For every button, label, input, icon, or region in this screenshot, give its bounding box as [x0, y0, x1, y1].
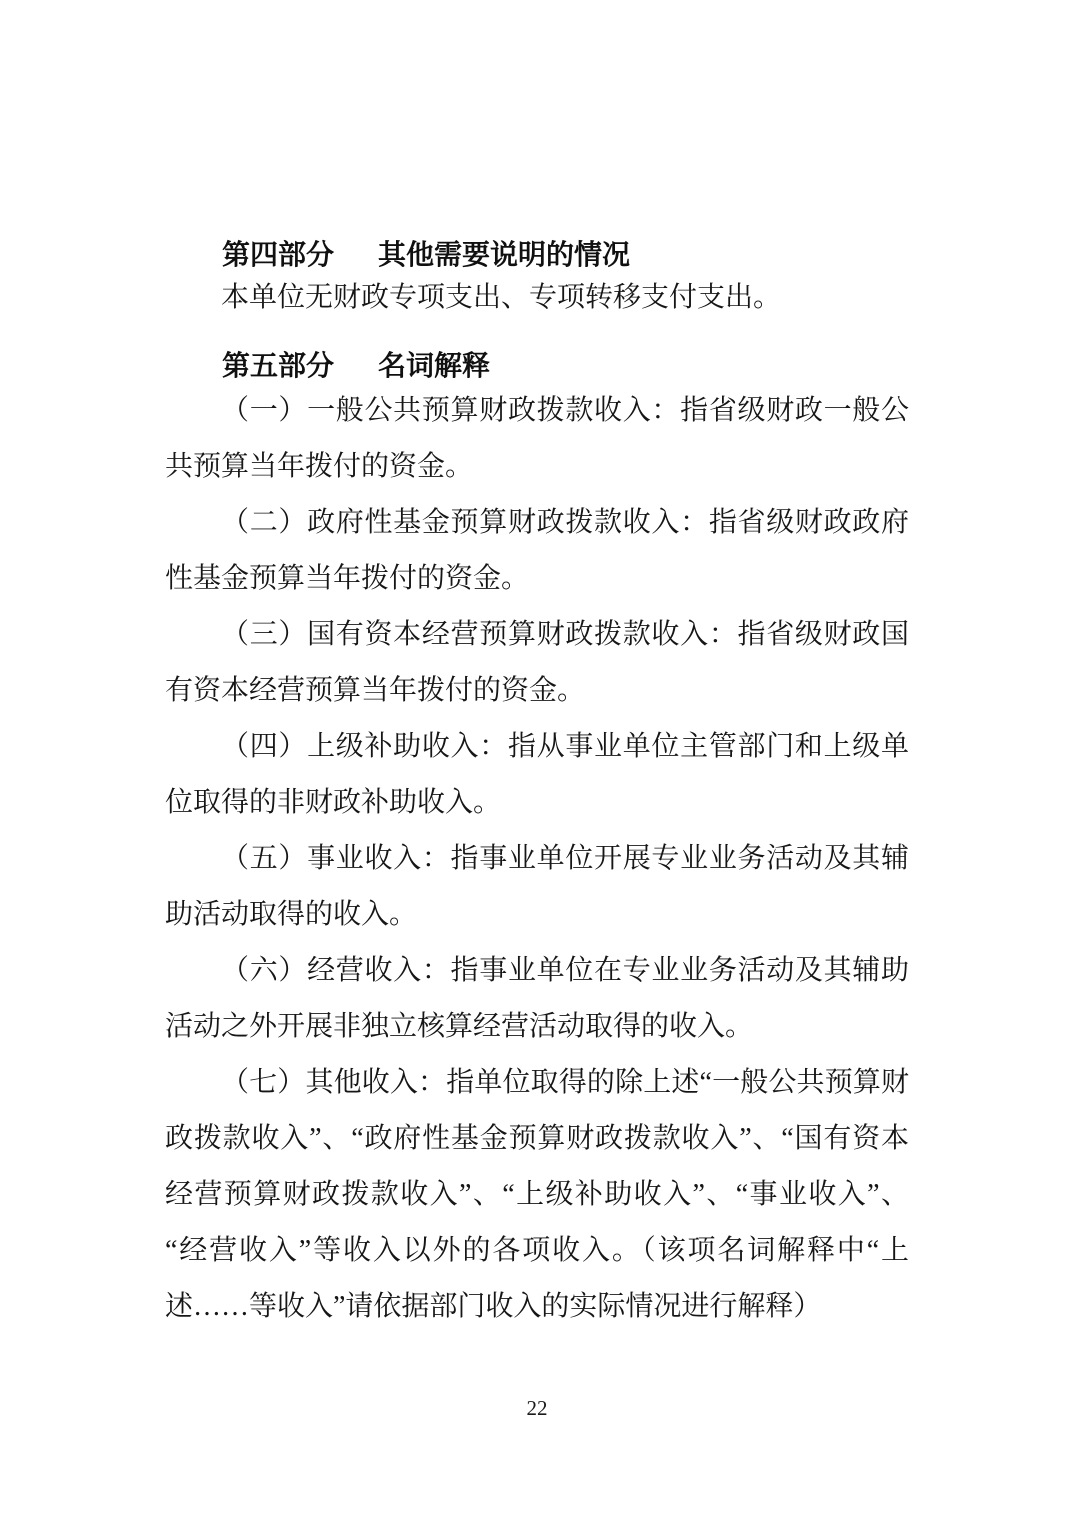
page-content: 第四部分 其他需要说明的情况 本单位无财政专项支出、专项转移支付支出。 第五部分…: [165, 238, 909, 1335]
section-heading-part-four: 第四部分 其他需要说明的情况: [165, 238, 909, 272]
section-heading-part-five: 第五部分 名词解释: [165, 349, 909, 383]
section-title: 名词解释: [378, 349, 490, 383]
definition-paragraph-4: （四）上级补助收入：指从事业单位主管部门和上级单位取得的非财政补助收入。: [165, 719, 909, 831]
document-page: 第四部分 其他需要说明的情况 本单位无财政专项支出、专项转移支付支出。 第五部分…: [0, 0, 1074, 1520]
page-number: 22: [0, 1396, 1074, 1420]
definition-paragraph-1: （一）一般公共预算财政拨款收入：指省级财政一般公共预算当年拨付的资金。: [165, 383, 909, 495]
definition-paragraph-7: （七）其他收入：指单位取得的除上述“一般公共预算财政拨款收入”、“政府性基金预算…: [165, 1055, 909, 1335]
definition-paragraph-2: （二）政府性基金预算财政拨款收入：指省级财政政府性基金预算当年拨付的资金。: [165, 495, 909, 607]
definition-paragraph-3: （三）国有资本经营预算财政拨款收入：指省级财政国有资本经营预算当年拨付的资金。: [165, 607, 909, 719]
section-title: 其他需要说明的情况: [378, 238, 630, 272]
section-four-paragraph: 本单位无财政专项支出、专项转移支付支出。: [165, 281, 909, 315]
definition-paragraph-6: （六）经营收入：指事业单位在专业业务活动及其辅助活动之外开展非独立核算经营活动取…: [165, 943, 909, 1055]
section-label: 第四部分: [222, 238, 334, 272]
definition-paragraph-5: （五）事业收入：指事业单位开展专业业务活动及其辅助活动取得的收入。: [165, 831, 909, 943]
glossary-definitions: （一）一般公共预算财政拨款收入：指省级财政一般公共预算当年拨付的资金。 （二）政…: [165, 383, 909, 1335]
section-label: 第五部分: [222, 349, 334, 383]
